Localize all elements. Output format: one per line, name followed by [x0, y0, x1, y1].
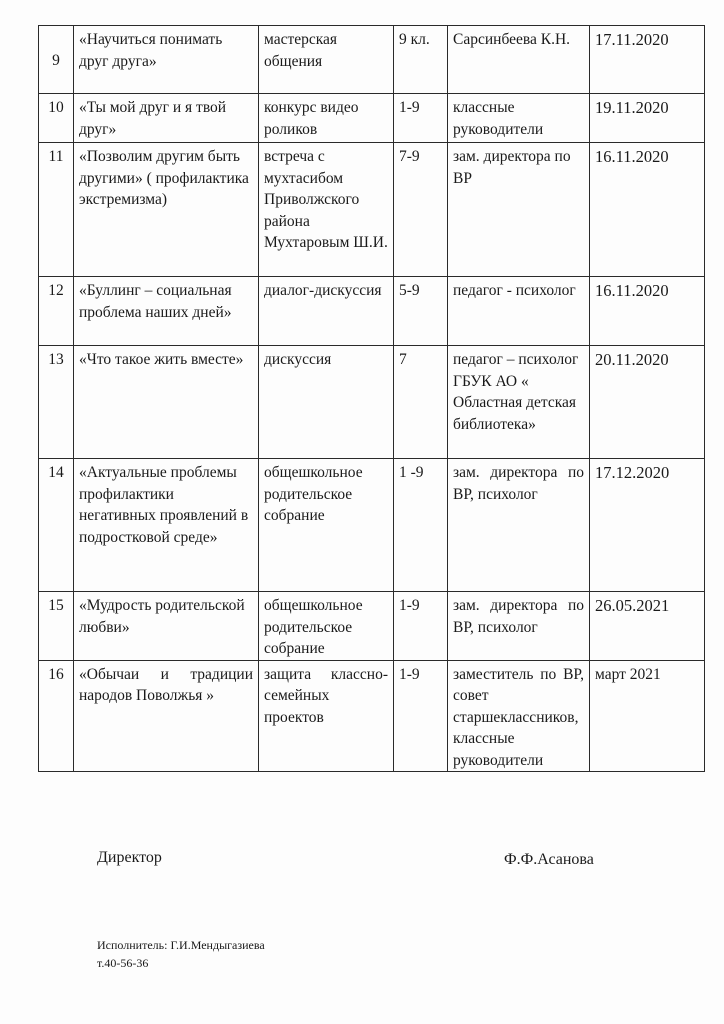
event-responsible: классные руководители: [448, 94, 590, 143]
event-date: 20.11.2020: [590, 346, 705, 459]
event-responsible: педагог - психолог: [448, 277, 590, 346]
event-grades: 1-9: [394, 660, 448, 772]
event-date: 16.11.2020: [590, 277, 705, 346]
event-form: встреча с мухтасибом Приволжского района…: [259, 143, 394, 277]
row-number: 14: [39, 459, 74, 592]
table-row: 14 «Актуальные проблемы профилактики нег…: [39, 459, 705, 592]
event-responsible: зам. директора по ВР, психолог: [448, 592, 590, 661]
event-title: «Буллинг – социальная проблема наших дне…: [74, 277, 259, 346]
event-date: март 2021: [590, 660, 705, 772]
event-grades: 7: [394, 346, 448, 459]
table-row: 13 «Что такое жить вместе» дискуссия 7 п…: [39, 346, 705, 459]
table-row: 10 «Ты мой друг и я твой друг» конкурс в…: [39, 94, 705, 143]
row-number: 16: [39, 660, 74, 772]
event-form: мастерская общения: [259, 26, 394, 94]
executor-block: Исполнитель: Г.И.Мендыгазиева т.40-56-36: [97, 936, 265, 972]
event-title: «Научиться понимать друг друга»: [74, 26, 259, 94]
row-number: 12: [39, 277, 74, 346]
row-number: 10: [39, 94, 74, 143]
event-title: «Мудрость родительской любви»: [74, 592, 259, 661]
row-number: 9: [39, 26, 74, 94]
table-row: 15 «Мудрость родительской любви» общешко…: [39, 592, 705, 661]
event-date: 26.05.2021: [590, 592, 705, 661]
event-date: 17.11.2020: [590, 26, 705, 94]
executor-phone: т.40-56-36: [97, 954, 265, 972]
table-row: 16 «Обычаи и традиции народов Поволжья »…: [39, 660, 705, 772]
event-title: «Ты мой друг и я твой друг»: [74, 94, 259, 143]
table-row: 11 «Позволим другим быть другими» ( проф…: [39, 143, 705, 277]
event-grades: 1-9: [394, 94, 448, 143]
event-form: диалог-дискуссия: [259, 277, 394, 346]
event-title: «Что такое жить вместе»: [74, 346, 259, 459]
event-responsible: зам. директора по ВР, психолог: [448, 459, 590, 592]
event-responsible: заместитель по ВР, совет старшекласснико…: [448, 660, 590, 772]
row-number: 11: [39, 143, 74, 277]
event-form: общешкольное родительское собрание: [259, 459, 394, 592]
event-grades: 7-9: [394, 143, 448, 277]
event-grades: 5-9: [394, 277, 448, 346]
event-form: дискуссия: [259, 346, 394, 459]
event-grades: 1-9: [394, 592, 448, 661]
events-table: 9 «Научиться понимать друг друга» мастер…: [38, 25, 705, 772]
event-form: конкурс видео роликов: [259, 94, 394, 143]
signature-name: Ф.Ф.Асанова: [504, 851, 594, 869]
event-responsible: зам. директора по ВР: [448, 143, 590, 277]
executor-label: Исполнитель: Г.И.Мендыгазиева: [97, 936, 265, 954]
event-grades: 9 кл.: [394, 26, 448, 94]
event-date: 19.11.2020: [590, 94, 705, 143]
table-row: 9 «Научиться понимать друг друга» мастер…: [39, 26, 705, 94]
row-number: 13: [39, 346, 74, 459]
row-number: 15: [39, 592, 74, 661]
event-title: «Обычаи и традиции народов Поволжья »: [74, 660, 259, 772]
event-grades: 1 -9: [394, 459, 448, 592]
event-form: защита классно-семейных проектов: [259, 660, 394, 772]
event-title: «Позволим другим быть другими» ( профила…: [74, 143, 259, 277]
event-date: 17.12.2020: [590, 459, 705, 592]
event-responsible: Сарсинбеева К.Н.: [448, 26, 590, 94]
table-row: 12 «Буллинг – социальная проблема наших …: [39, 277, 705, 346]
event-title: «Актуальные проблемы профилактики негати…: [74, 459, 259, 592]
signature-position: Директор: [97, 849, 162, 867]
event-form: общешкольное родительское собрание: [259, 592, 394, 661]
event-responsible: педагог – психолог ГБУК АО « Областная д…: [448, 346, 590, 459]
event-date: 16.11.2020: [590, 143, 705, 277]
